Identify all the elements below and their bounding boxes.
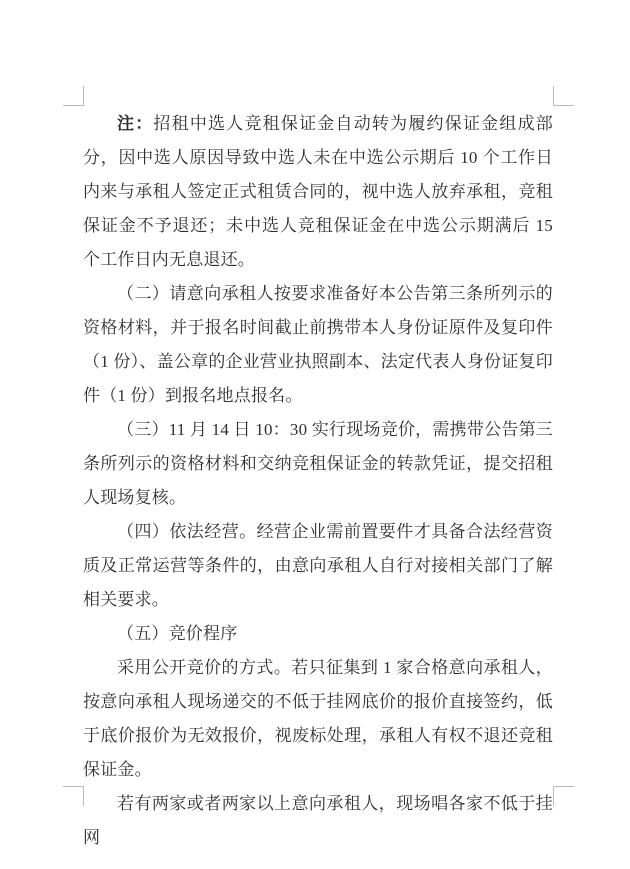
- text-boundary-mark-bottom-left: [63, 786, 84, 806]
- paragraph-item-3: （三）11 月 14 日 10：30 实行现场竞价，需携带公告第三条所列示的资格…: [83, 413, 553, 515]
- document-page: 注：招租中选人竞租保证金自动转为履约保证金组成部分，因中选人原因导致中选人未在中…: [0, 0, 630, 869]
- paragraph-item-2: （二）请意向承租人按要求准备好本公告第三条所列示的资格材料，并于报名时间截止前携…: [83, 277, 553, 413]
- paragraph-item-5-heading: （五）竞价程序: [83, 617, 553, 651]
- text-boundary-mark-top-right: [553, 86, 574, 106]
- text-boundary-mark-bottom-right: [553, 786, 574, 806]
- paragraph-note: 注：招租中选人竞租保证金自动转为履约保证金组成部分，因中选人原因导致中选人未在中…: [83, 107, 553, 277]
- text-boundary-mark-top-left: [63, 86, 84, 106]
- paragraph-bidding-procedure-1: 采用公开竞价的方式。若只征集到 1 家合格意向承租人，按意向承租人现场递交的不低…: [83, 651, 553, 787]
- paragraph-note-body: 招租中选人竞租保证金自动转为履约保证金组成部分，因中选人原因导致中选人未在中选公…: [83, 114, 553, 269]
- paragraph-item-4: （四）依法经营。经营企业需前置要件才具备合法经营资质及正常运营等条件的，由意向承…: [83, 515, 553, 617]
- paragraph-note-lead: 注：: [117, 114, 153, 133]
- document-body-text: 注：招租中选人竞租保证金自动转为履约保证金组成部分，因中选人原因导致中选人未在中…: [83, 107, 553, 855]
- paragraph-bidding-procedure-2: 若有两家或者两家以上意向承租人，现场唱各家不低于挂网: [83, 787, 553, 855]
